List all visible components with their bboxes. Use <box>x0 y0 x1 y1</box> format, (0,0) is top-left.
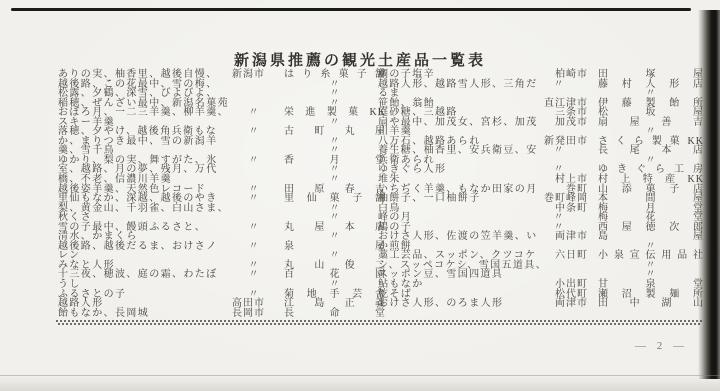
scanned-page: 新潟県推薦の観光土産品一覧表 ありの実、柚香里、越後自慢、新潟市はり糸菓子舗越後… <box>0 0 720 391</box>
city-name: 新潟市 <box>232 70 276 80</box>
city-name: 〃 <box>232 127 276 137</box>
city-name: 〃 <box>232 242 276 252</box>
city-name: 長岡市 <box>232 309 276 319</box>
city-name: 〃 <box>530 146 588 156</box>
city-name: 両津市 <box>530 299 588 309</box>
product-names: 越後路、越後だるま、おけさノ <box>58 242 230 252</box>
city-name: 〃 <box>232 223 276 233</box>
page-number: — 2 — <box>635 340 688 352</box>
city-name: 〃 <box>232 156 276 166</box>
product-names: 飴もなか、長岡城 <box>58 309 230 319</box>
city-name: 〃 <box>232 270 276 280</box>
city-name: 〃 <box>530 80 588 90</box>
page-title: 新潟県推薦の観光土産品一覧表 <box>0 49 720 70</box>
shop-name: 長命堂 <box>284 309 386 319</box>
list-item: おけさ人形、のろま人形両津市田中湖山 <box>378 299 704 309</box>
shop-name: 田中湖山 <box>598 299 704 309</box>
product-names: おけさ人形、のろま人形 <box>378 299 530 309</box>
souvenir-list-right-column: 鯛の子塩辛柏崎市田塚屋越路人形、越路雪人形、三角だ〃藤村人形店るま〃笹飴、翁飴直… <box>378 70 704 309</box>
souvenir-list-left-column: ありの実、柚香里、越後自慢、新潟市はり糸菓子舗越後路、この花最中、雪の梅、〃松露… <box>58 70 386 318</box>
page-bottom-edge <box>0 375 720 391</box>
list-item: 飴もなか、長岡城長岡市長命堂 <box>58 309 386 319</box>
city-name: 〃 <box>232 108 276 118</box>
city-name: 両津市 <box>530 232 588 242</box>
city-name: 加茂市 <box>530 118 588 128</box>
chain-divider-line <box>56 320 702 325</box>
product-names: 十三夜、穂波、庭の霜、わたぼ <box>58 270 230 280</box>
city-name: 〃 <box>232 194 276 204</box>
scan-top-rule-line <box>11 8 691 11</box>
